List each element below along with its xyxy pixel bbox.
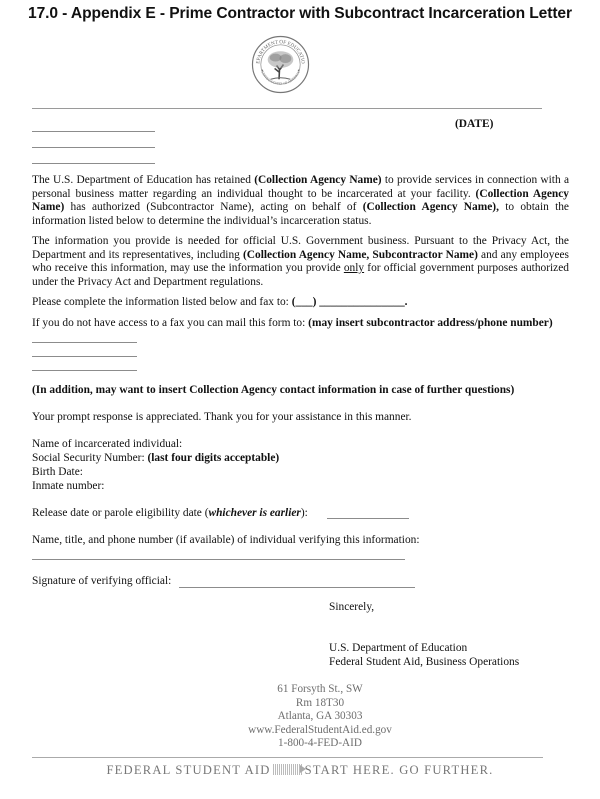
address-street: 61 Forsyth St., SW [200,683,440,697]
address-website: www.FederalStudentAid.ed.gov [200,724,440,738]
mailing-address-line-3[interactable] [32,370,137,371]
fsa-arrow-logo-icon [273,764,303,775]
mailing-address-line-1[interactable] [32,342,137,343]
address-city: Atlanta, GA 30303 [200,710,440,724]
signature-blank[interactable] [179,587,415,588]
recipient-line-3[interactable] [32,163,155,164]
verifier-info-blank[interactable] [32,559,405,560]
fax-number-blank[interactable]: (___) _______________. [292,296,408,308]
mailing-address-line-2[interactable] [32,356,137,357]
paragraph-privacy-act: The information you provide is needed fo… [32,235,569,289]
address-room: Rm 18T30 [200,697,440,711]
footer-brand: FEDERAL STUDENT AIDSTART HERE. GO FURTHE… [0,763,600,778]
office-address: 61 Forsyth St., SW Rm 18T30 Atlanta, GA … [200,683,440,751]
field-incarcerated-name: Name of incarcerated individual: [32,438,182,452]
signature-label: Signature of verifying official: [32,575,171,589]
closing: Sincerely, [329,601,374,615]
paragraph-retention: The U.S. Department of Education has ret… [32,174,569,228]
verifier-label: Name, title, and phone number (if availa… [32,534,420,548]
appreciation-text: Your prompt response is appreciated. Tha… [32,411,412,425]
signature-block-line-1: U.S. Department of Education [329,642,467,656]
field-ssn: Social Security Number: (last four digit… [32,452,279,466]
signature-block-line-2: Federal Student Aid, Business Operations [329,656,519,670]
address-phone: 1-800-4-FED-AID [200,737,440,751]
mail-instruction: If you do not have access to a fax you c… [32,317,553,331]
department-of-education-seal-icon: DEPARTMENT OF EDUCATION UNITED STATES OF… [251,33,310,96]
footer-divider [32,757,543,758]
date-placeholder: (DATE) [455,118,493,132]
fax-instruction: Please complete the information listed b… [32,296,408,310]
recipient-line-1[interactable] [32,131,155,132]
field-birth-date: Birth Date: [32,466,83,480]
recipient-line-2[interactable] [32,147,155,148]
field-release-date: Release date or parole eligibility date … [32,507,308,521]
contact-info-note: (In addition, may want to insert Collect… [32,384,514,398]
header-divider [32,108,542,109]
release-date-blank[interactable] [327,518,409,519]
document-title: 17.0 - Appendix E - Prime Contractor wit… [0,5,600,23]
field-inmate-number: Inmate number: [32,480,104,494]
